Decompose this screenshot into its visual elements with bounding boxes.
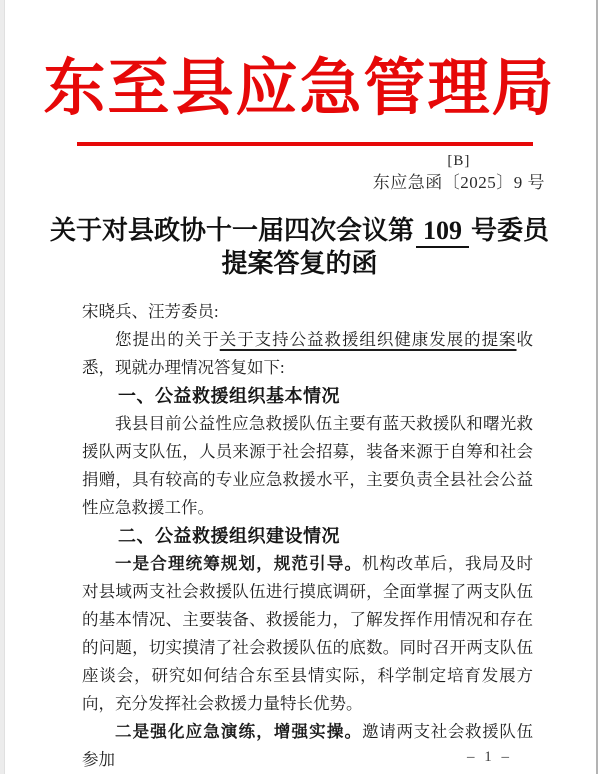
title-line-1: 关于对县政协十一届四次会议第109号委员 — [50, 216, 549, 245]
opening-pre: 您提出的关于 — [115, 330, 220, 349]
document-meta: [B] 东应急函〔2025〕9 号 — [373, 153, 545, 193]
paragraph-item-2: 二是强化应急演练，增强实操。邀请两支社会救援队伍参加 — [82, 718, 533, 774]
section-heading-1: 一、公益救援组织基本情况 — [82, 382, 533, 410]
paragraph-basic-situation: 我县目前公益性应急救援队伍主要有蓝天救援队和曙光救援队两支队伍，人员来源于社会招… — [82, 410, 533, 522]
official-letter-page: 东至县应急管理局 [B] 东应急函〔2025〕9 号 关于对县政协十一届四次会议… — [0, 0, 599, 774]
title-line1-post: 号委员 — [471, 216, 549, 245]
letter-body: 宋晓兵、汪芳委员: 您提出的关于关于支持公益救援组织健康发展的提案收悉，现就办理… — [82, 298, 533, 774]
title-line1-pre: 关于对县政协十一届四次会议第 — [50, 216, 414, 245]
proposal-title-underlined: 关于支持公益救援组织健康发展的提案 — [220, 330, 517, 349]
letterhead-divider-line — [77, 142, 533, 146]
item-1-text: 机构改革后，我局及时对县域两支社会救援队伍进行摸底调研，全面掌握了两支队伍的基本… — [82, 554, 533, 713]
document-number: 东应急函〔2025〕9 号 — [373, 173, 545, 193]
page-number: – 1 – — [467, 749, 512, 766]
proposal-number: 109 — [416, 215, 469, 248]
document-title: 关于对县政协十一届四次会议第109号委员 提案答复的函 — [40, 215, 559, 279]
paragraph-item-1: 一是合理统筹规划，规范引导。机构改革后，我局及时对县域两支社会救援队伍进行摸底调… — [82, 550, 533, 718]
copy-mark: [B] — [373, 153, 545, 170]
title-line-2: 提案答复的函 — [221, 249, 377, 278]
salutation: 宋晓兵、汪芳委员: — [82, 298, 533, 326]
item-1-lead: 一是合理统筹规划，规范引导。 — [115, 554, 362, 573]
section-heading-2: 二、公益救援组织建设情况 — [82, 522, 533, 550]
agency-letterhead: 东至县应急管理局 — [0, 46, 599, 132]
paragraph-opening: 您提出的关于关于支持公益救援组织健康发展的提案收悉，现就办理情况答复如下: — [82, 326, 533, 382]
item-2-lead: 二是强化应急演练，增强实操。 — [115, 722, 362, 741]
